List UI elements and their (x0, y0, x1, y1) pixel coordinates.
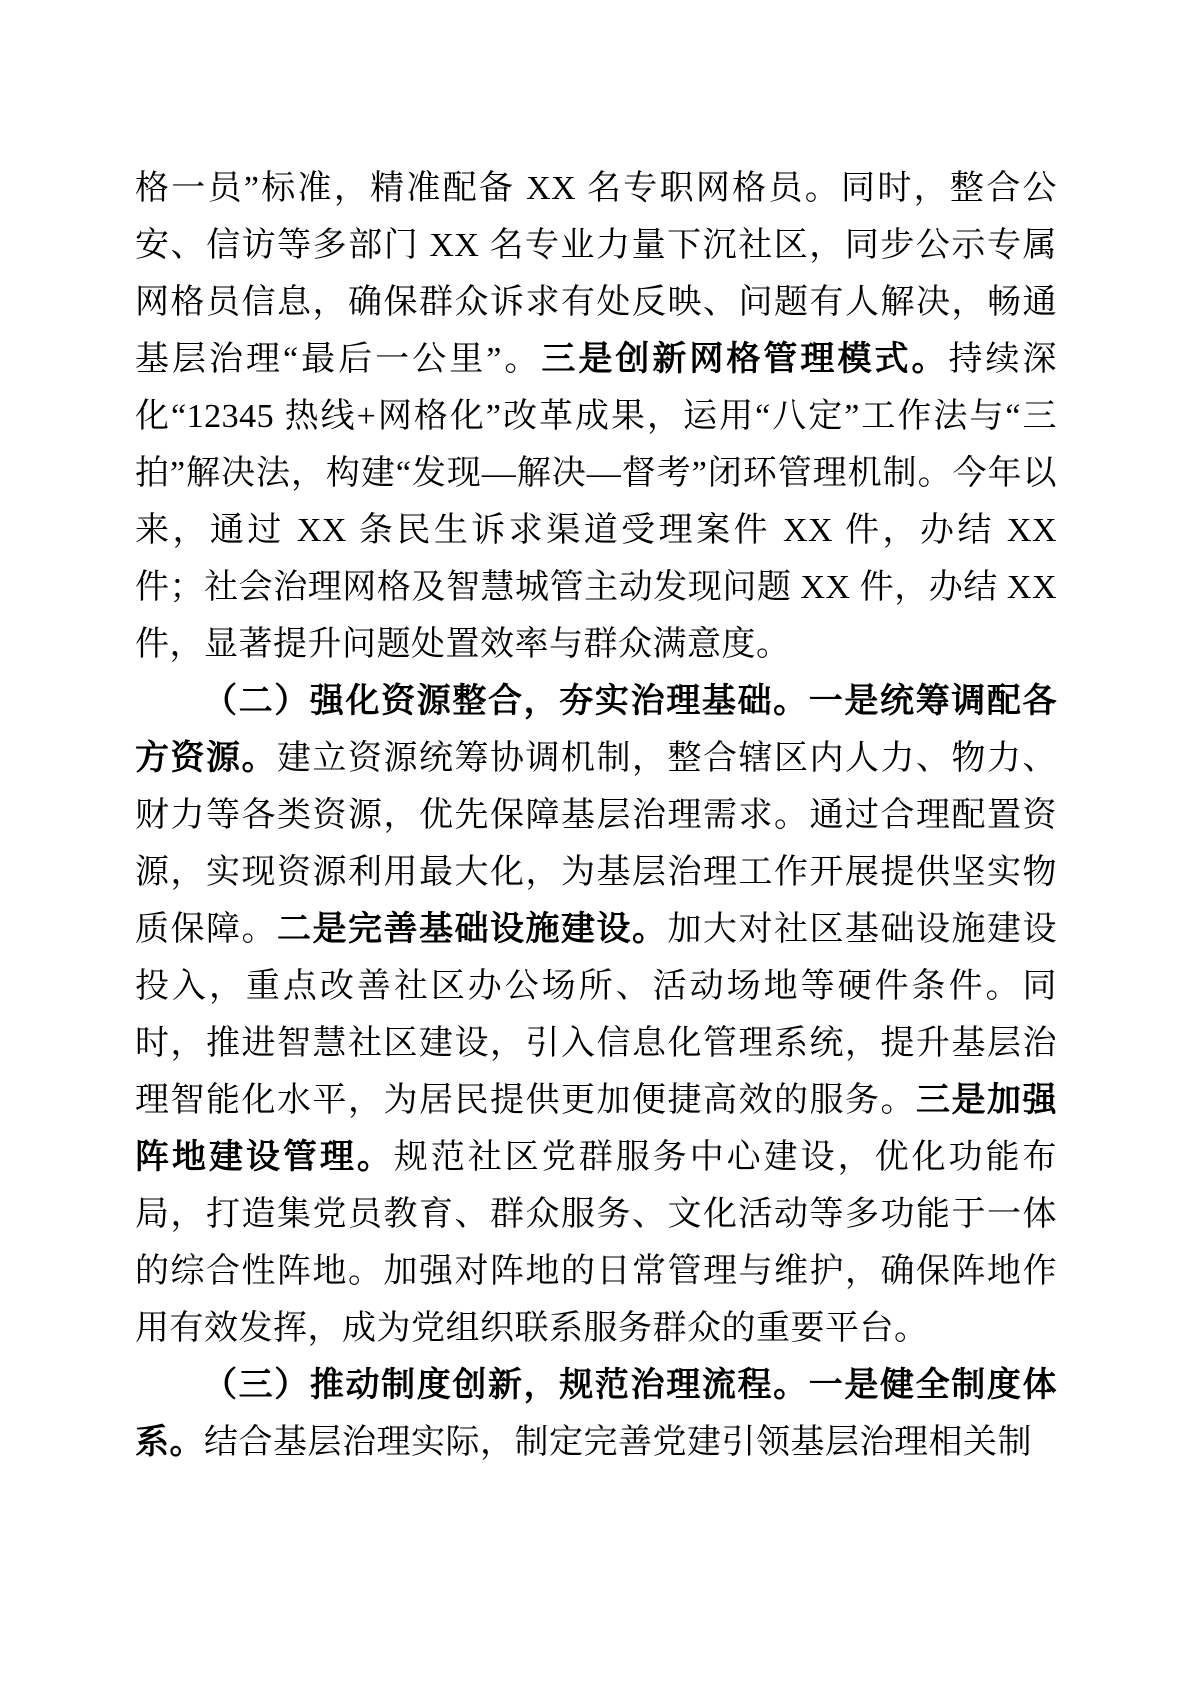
text-segment: 结合基层治理实际，制定完善党建引领基层治理相关制 (204, 1424, 1032, 1461)
document-page: 格一员”标准，精准配备 XX 名专职网格员。同时，整合公安、信访等多部门 XX … (0, 0, 1190, 1683)
text-segment-bold: 二是完善基础设施建设。 (277, 911, 668, 948)
body-paragraph: （三）推动制度创新，规范治理流程。一是健全制度体系。结合基层治理实际，制定完善党… (135, 1357, 1057, 1471)
body-paragraph: 格一员”标准，精准配备 XX 名专职网格员。同时，整合公安、信访等多部门 XX … (135, 160, 1057, 673)
body-paragraph: （二）强化资源整合，夯实治理基础。一是统筹调配各方资源。建立资源统筹协调机制，整… (135, 673, 1057, 1357)
text-segment-bold: 三是创新网格管理模式。 (541, 341, 948, 378)
document-body: 格一员”标准，精准配备 XX 名专职网格员。同时，整合公安、信访等多部门 XX … (135, 160, 1057, 1471)
text-segment: 持续深化“12345 热线+网格化”改革成果，运用“八定”工作法与“三拍”解决法… (135, 341, 1057, 663)
